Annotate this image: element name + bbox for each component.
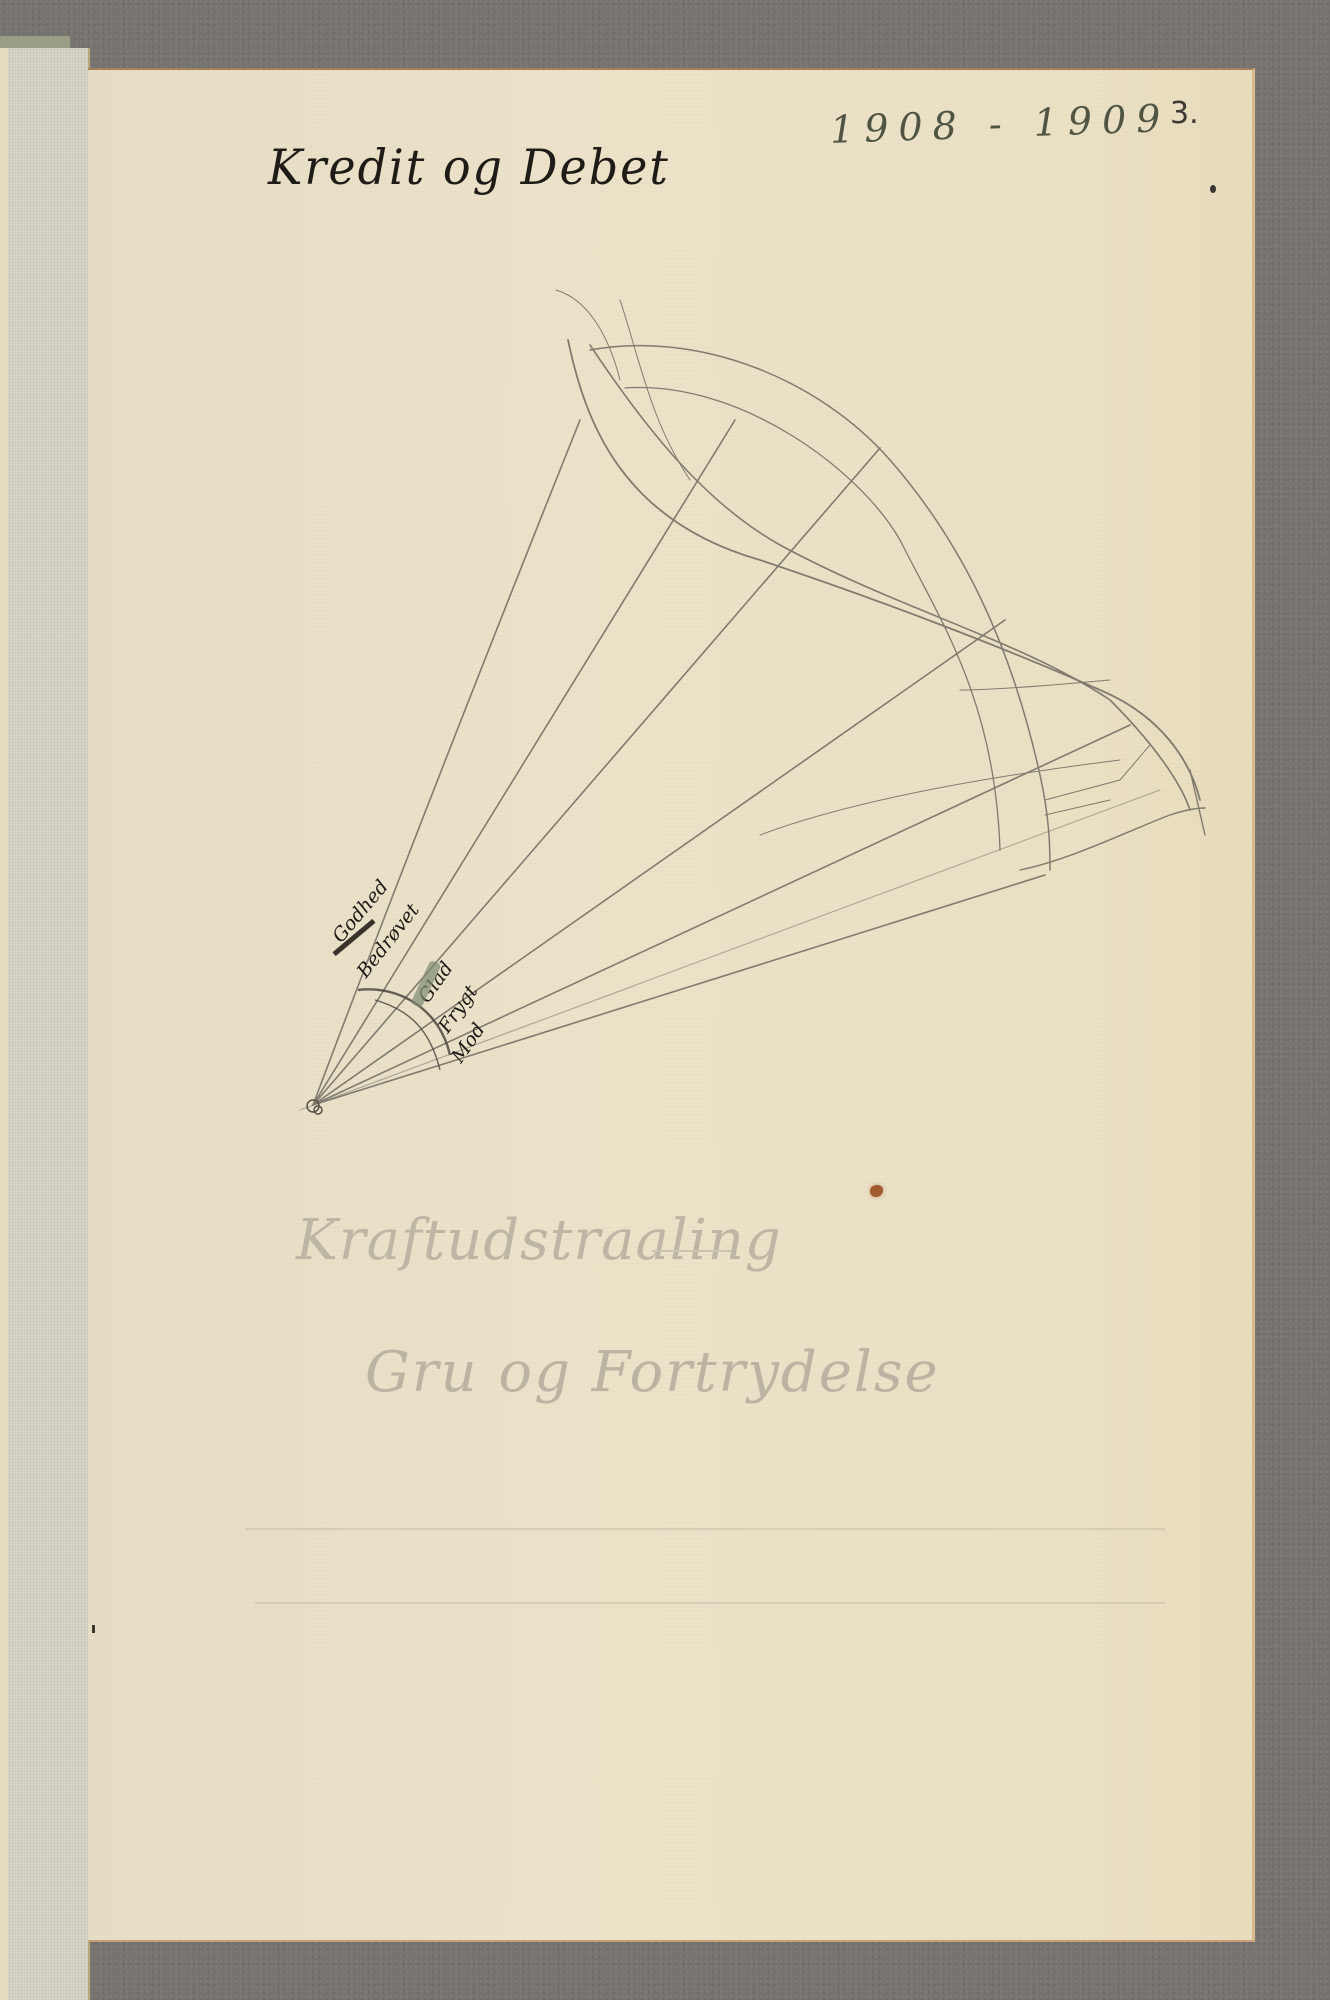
pencil-note-1: Kraftudstraaling bbox=[296, 1208, 782, 1273]
pencil-note-2: Gru og Fortrydelse bbox=[365, 1340, 940, 1405]
ink-dot bbox=[1210, 185, 1216, 193]
paper-texture bbox=[88, 70, 1252, 1940]
erased-line-1 bbox=[245, 1528, 1165, 1530]
pencil-dash bbox=[652, 1250, 732, 1252]
edge-mark bbox=[92, 1625, 95, 1633]
erased-line-2 bbox=[255, 1602, 1165, 1604]
notebook-page bbox=[88, 68, 1255, 1942]
page-number: 3. bbox=[1170, 96, 1199, 131]
book-spine bbox=[0, 48, 90, 2000]
page-title: Kredit og Debet bbox=[268, 139, 670, 196]
